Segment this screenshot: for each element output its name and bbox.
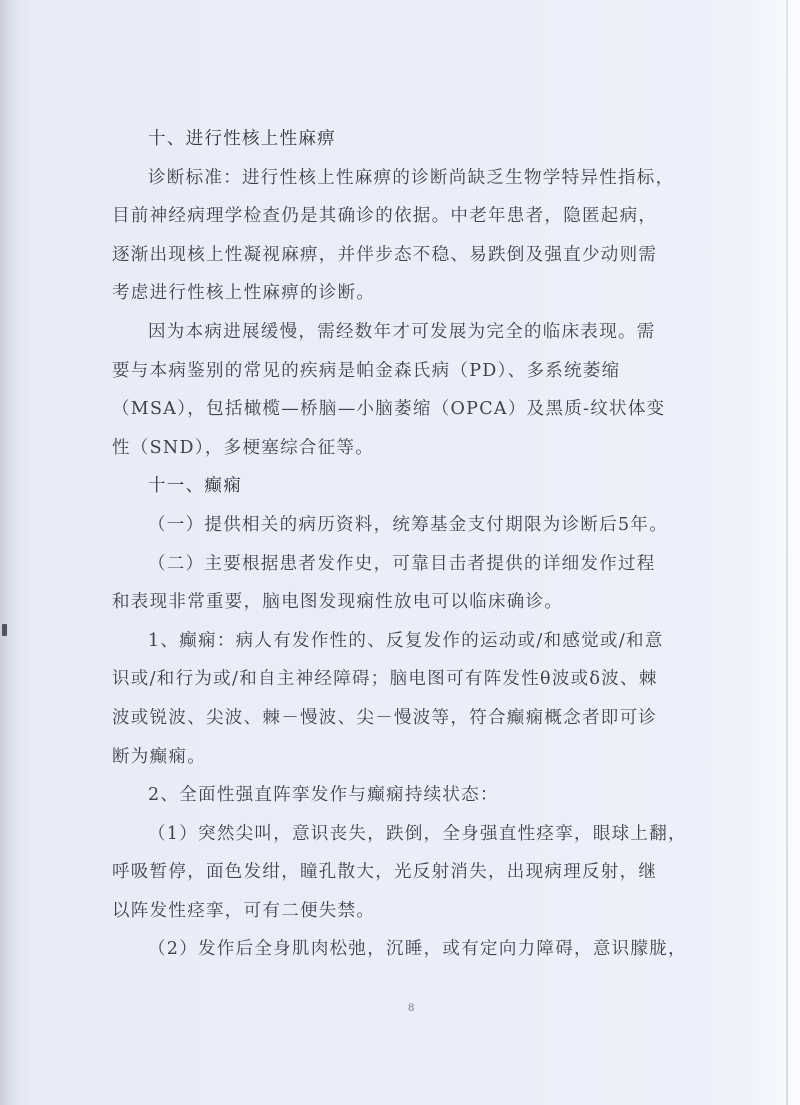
paragraph-line: （二）主要根据患者发作史，可靠目击者提供的详细发作过程 — [112, 545, 700, 584]
scanned-page: 十、进行性核上性麻痹 诊断标准：进行性核上性麻痹的诊断尚缺乏生物学特异性指标， … — [0, 0, 800, 1105]
document-body: 十、进行性核上性麻痹 诊断标准：进行性核上性麻痹的诊断尚缺乏生物学特异性指标， … — [112, 120, 700, 969]
paragraph-line: 诊断标准：进行性核上性麻痹的诊断尚缺乏生物学特异性指标， — [112, 159, 700, 198]
section-heading: 十、进行性核上性麻痹 — [112, 120, 700, 159]
page-number: 8 — [408, 1003, 414, 1014]
paragraph-line: 断为癫痫。 — [112, 738, 700, 777]
paragraph-line: 波或锐波、尖波、棘－慢波、尖－慢波等，符合癫痫概念者即可诊 — [112, 699, 700, 738]
paragraph-line: 呼吸暂停，面色发绀，瞳孔散大，光反射消失，出现病理反射，继 — [112, 853, 700, 892]
paragraph-line: （MSA），包括橄榄—桥脑—小脑萎缩（OPCA）及黑质-纹状体变 — [112, 390, 700, 429]
page-edge — [786, 0, 788, 1105]
paragraph-line: 2、全面性强直阵挛发作与癫痫持续状态： — [112, 776, 700, 815]
paragraph-line: 考虑进行性核上性麻痹的诊断。 — [112, 274, 700, 313]
paragraph-line: 目前神经病理学检查仍是其确诊的依据。中老年患者，隐匿起病， — [112, 197, 700, 236]
paragraph-line: （2）发作后全身肌肉松弛，沉睡，或有定向力障碍，意识朦胧， — [112, 930, 700, 969]
paragraph-line: 逐渐出现核上性凝视麻痹，并伴步态不稳、易跌倒及强直少动则需 — [112, 236, 700, 275]
paragraph-line: 因为本病进展缓慢，需经数年才可发展为完全的临床表现。需 — [112, 313, 700, 352]
paragraph-line: （1）突然尖叫，意识丧失，跌倒，全身强直性痉挛，眼球上翻， — [112, 815, 700, 854]
section-heading: 十一、癫痫 — [112, 467, 700, 506]
binding-mark — [2, 624, 7, 636]
paragraph-line: 和表现非常重要，脑电图发现痫性放电可以临床确诊。 — [112, 583, 700, 622]
paragraph-line: 以阵发性痉挛，可有二便失禁。 — [112, 892, 700, 931]
paragraph-line: （一）提供相关的病历资料，统筹基金支付期限为诊断后5年。 — [112, 506, 700, 545]
paragraph-line: 要与本病鉴别的常见的疾病是帕金森氏病（PD）、多系统萎缩 — [112, 352, 700, 391]
paragraph-line: 1、癫痫：病人有发作性的、反复发作的运动或/和感觉或/和意 — [112, 622, 700, 661]
paragraph-line: 性（SND），多梗塞综合征等。 — [112, 429, 700, 468]
paragraph-line: 识或/和行为或/和自主神经障碍；脑电图可有阵发性θ波或δ波、棘 — [112, 660, 700, 699]
